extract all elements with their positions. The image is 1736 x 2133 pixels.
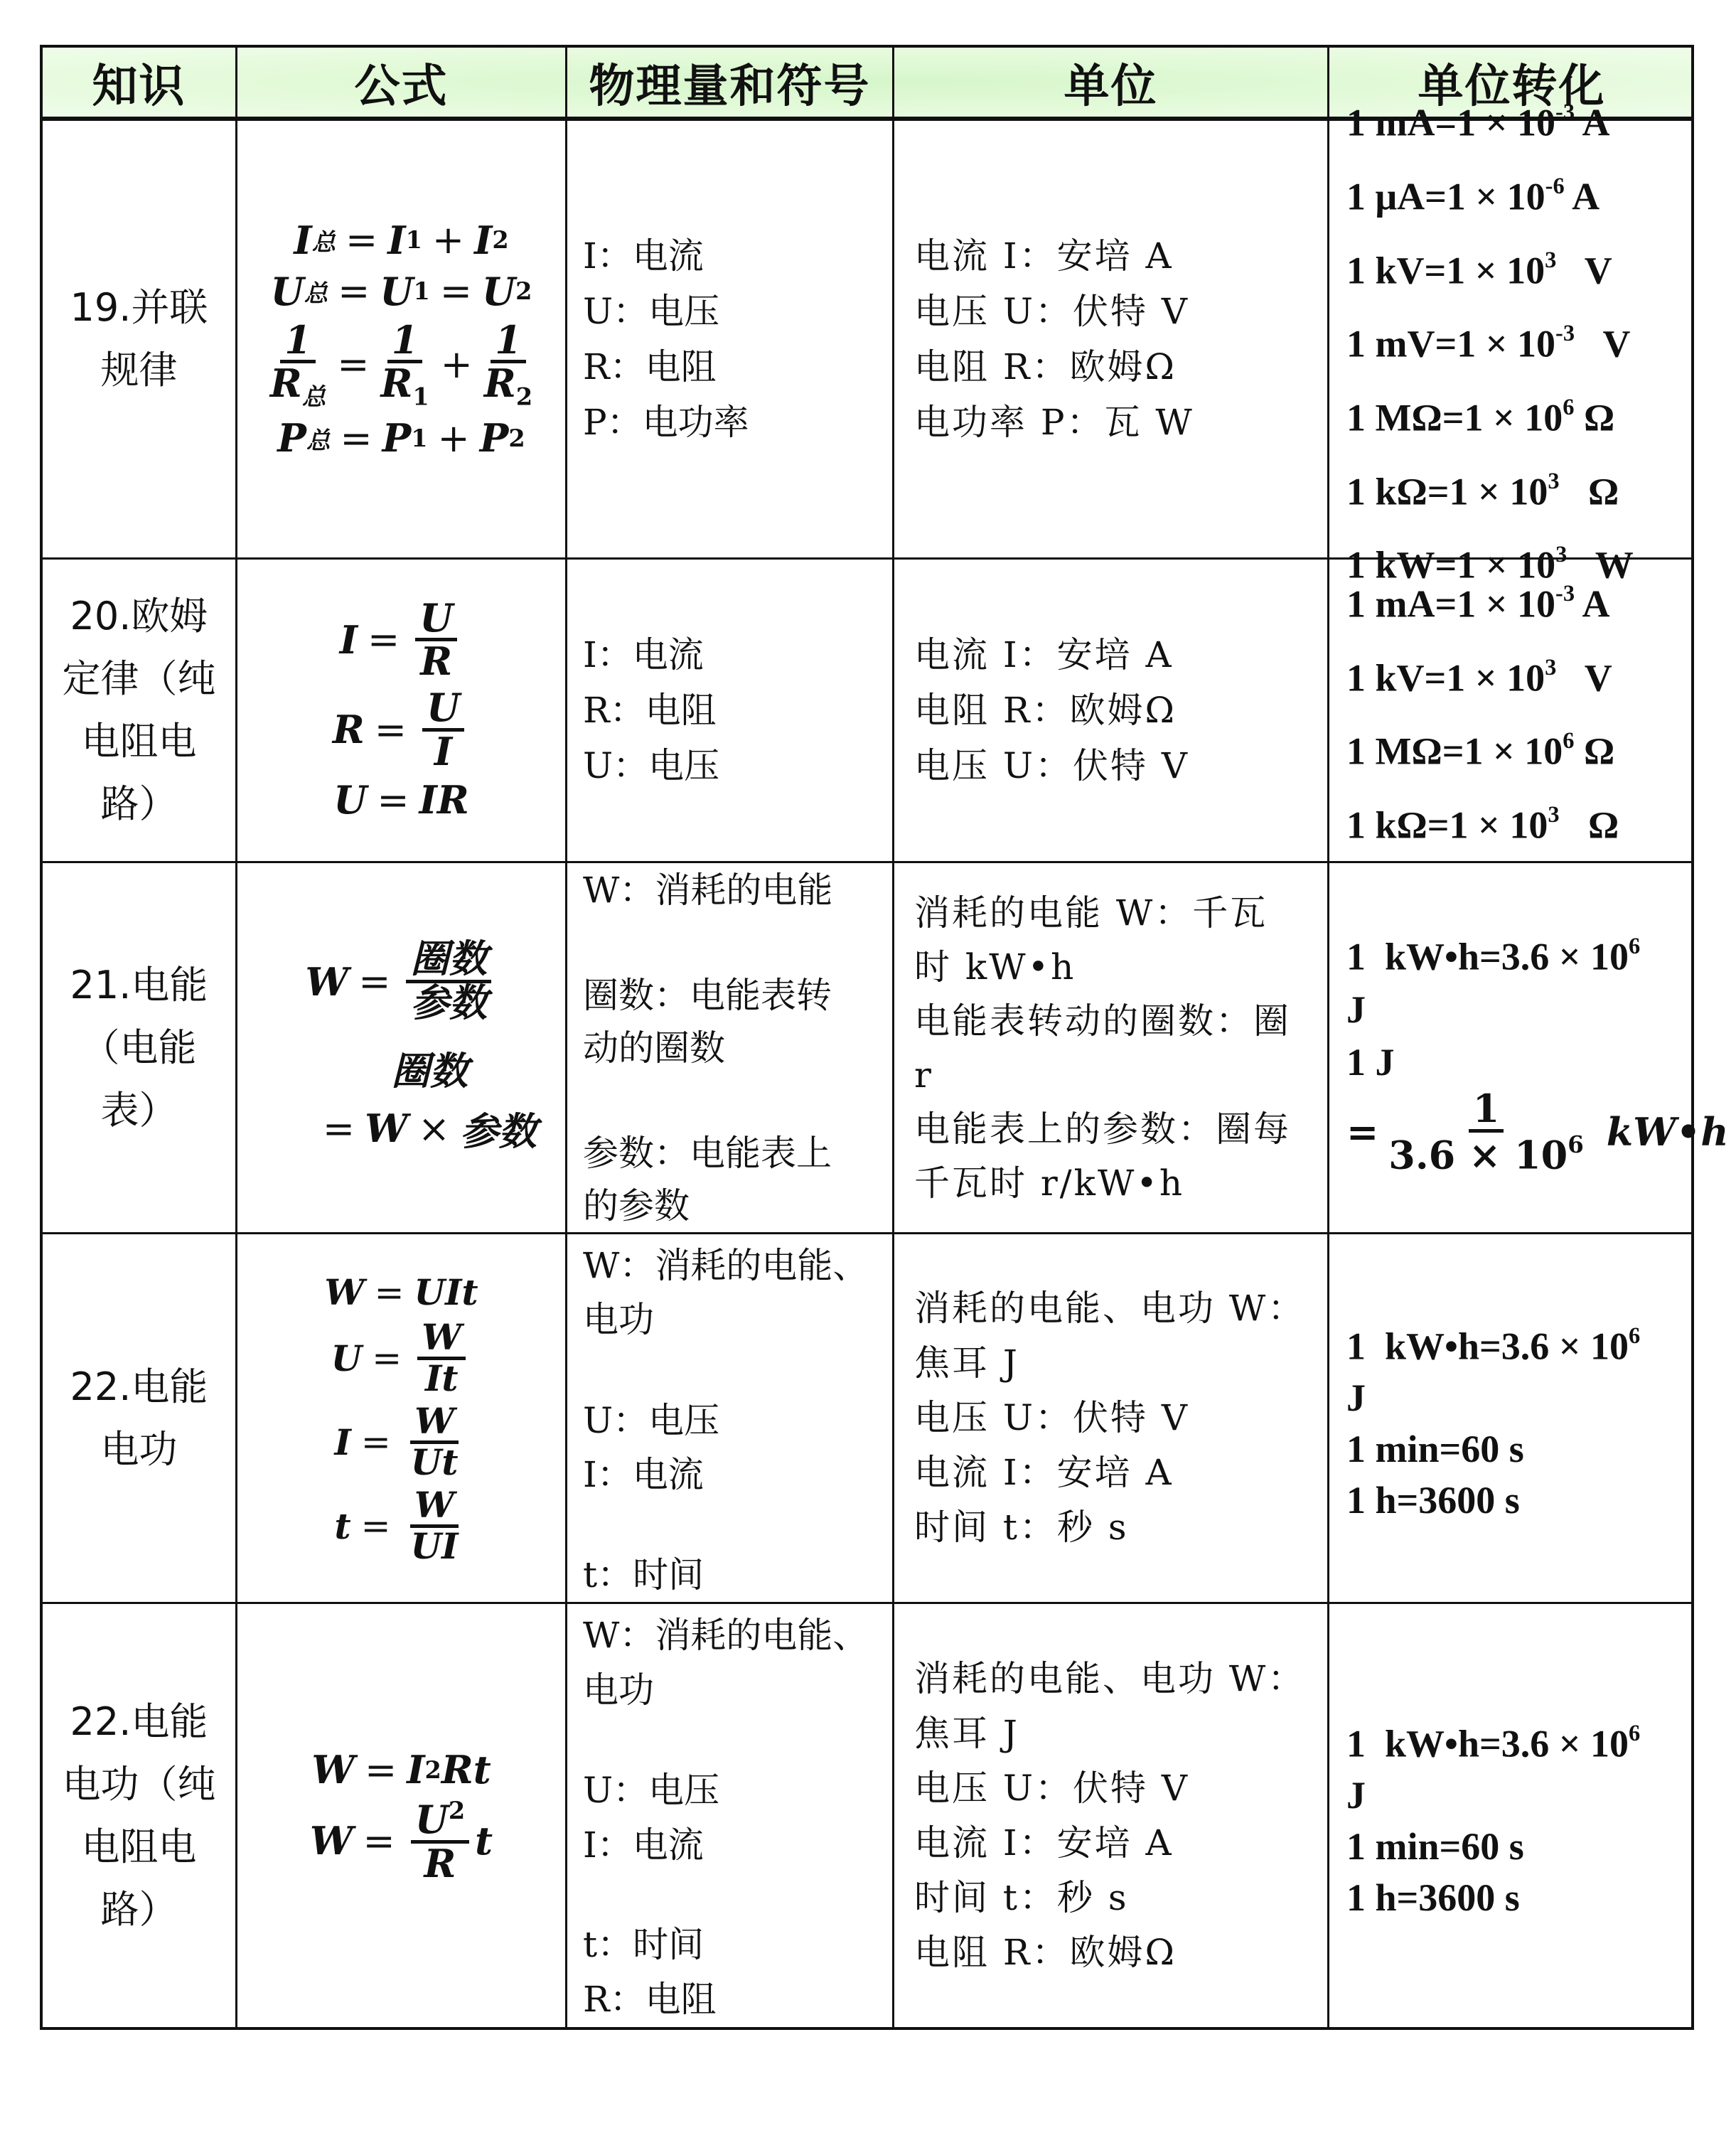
unit-cell: 电流 I：安培 A 电压 U：伏特 V 电阻 R：欧姆Ω 电功率 P：瓦 W (894, 121, 1329, 557)
quantity-line: P：电功率 (583, 395, 892, 450)
fraction: 1 R总 (266, 320, 330, 410)
conversion-line: 1 kW•h=3.6 × 106 (1346, 1310, 1694, 1372)
header-knowledge: 知识 (43, 48, 237, 117)
table-row: 22.电能 电功 W=UIt U= WIt I= WUt t= WUI W：消耗… (43, 1234, 1691, 1604)
unit-line: 电流 I：安培 A (914, 1816, 1320, 1871)
unit-cell: 消耗的电能 W：千瓦 时 kW•h 电能表转动的圈数：圈 r 电能表上的参数：圈… (894, 863, 1329, 1232)
formula-cell: W= 圈数参数 圈数 =W×参数 (237, 863, 567, 1232)
quantity-cell: I：电流 U：电压 R：电阻 P：电功率 (567, 121, 894, 557)
conversion-line: 1 kW•h=3.6 × 106 (1346, 920, 1694, 983)
conversion-line: 1 J (1346, 1036, 1694, 1089)
conversion-line: 1 kV=1 × 103 V (1346, 636, 1694, 710)
conversion-line: 1 h=3600 s (1346, 1872, 1694, 1923)
conversion-line: 1 mA=1 × 10-3 A (1346, 81, 1694, 155)
topic-cell: 21.电能 （电能 表） (43, 863, 237, 1232)
topic-cell: 20.欧姆 定律（纯 电阻电 路） (43, 560, 237, 861)
unit-line: 电压 U：伏特 V (914, 1391, 1320, 1445)
topic-line: 19.并联 (70, 277, 208, 339)
unit-line: 电阻 R：欧姆Ω (914, 339, 1320, 395)
unit-line: 时 kW•h (914, 940, 1320, 994)
unit-line: 电压 U：伏特 V (914, 284, 1320, 339)
quantity-cell: W：消耗的电能 圈数：电能表转 动的圈数 参数：电能表上 的参数 (567, 863, 894, 1232)
topic-line: 定律（纯 (63, 648, 216, 710)
unit-line: 消耗的电能、电功 W： (914, 1281, 1320, 1336)
quantity-line: 的参数 (583, 1180, 892, 1232)
topic-line: 路） (101, 1878, 178, 1941)
fraction: 1 R1 (376, 320, 433, 410)
topic-line: 20.欧姆 (70, 585, 208, 648)
unit-line: 电阻 R：欧姆Ω (914, 1925, 1320, 1980)
unit-line: r (914, 1048, 1320, 1102)
conversion-line: 1 MΩ=1 × 106 Ω (1346, 710, 1694, 784)
conversion-line: 1 kΩ=1 × 103 Ω (1346, 450, 1694, 524)
table-row: 20.欧姆 定律（纯 电阻电 路） I= UR R= UI U=IR I：电流 … (43, 560, 1691, 863)
formula-line: W= 圈数参数 (306, 939, 498, 1023)
quantity-line: W：消耗的电能 (583, 864, 892, 916)
formula-line: 圈数 (335, 1041, 468, 1096)
unit-line: 时间 t：秒 s (914, 1871, 1320, 1925)
unit-line: 千瓦时 r/kW•h (914, 1156, 1320, 1210)
unit-line: 电流 I：安培 A (914, 627, 1320, 683)
table-row: 22.电能 电功（纯 电阻电 路） W=I2Rt W= U2R t W：消耗的电… (43, 1604, 1691, 2027)
conversion-line: 1 h=3600 s (1346, 1475, 1694, 1526)
unit-line: 电能表转动的圈数：圈 (914, 994, 1320, 1048)
header-formula: 公式 (237, 48, 567, 117)
formula-line: U=IR (333, 777, 468, 823)
conversion-cell: 1 mA=1 × 10-3 A 1 μA=1 × 10-6 A 1 kV=1 ×… (1329, 121, 1694, 557)
quantity-cell: W：消耗的电能、 电功 U：电压 I：电流 t：时间 R：电阻 (567, 1604, 894, 2027)
conversion-line: 1 min=60 s (1346, 1821, 1694, 1872)
quantity-line: W：消耗的电能、 (583, 1239, 892, 1293)
topic-line: 规律 (101, 339, 178, 402)
topic-line: 22.电能 (70, 1356, 208, 1418)
unit-cell: 消耗的电能、电功 W： 焦耳 J 电压 U：伏特 V 电流 I：安培 A 时间 … (894, 1234, 1329, 1602)
formula-cell: I= UR R= UI U=IR (237, 560, 567, 861)
formula-cell: I总 = I1 + I2 U总 = U1 = U2 1 R总 = 1 (237, 121, 567, 557)
quantity-line: I：电流 (583, 1818, 892, 1873)
formula-line: W= U2R t (310, 1798, 493, 1883)
conversion-line: 1 MΩ=1 × 106 Ω (1346, 376, 1694, 450)
formula-line: P总 = P1 + P2 (277, 415, 525, 461)
topic-cell: 19.并联 规律 (43, 121, 237, 557)
quantity-line: W：消耗的电能、 (583, 1608, 892, 1663)
unit-line: 焦耳 J (914, 1706, 1320, 1761)
unit-line: 电压 U：伏特 V (914, 738, 1320, 793)
quantity-line: U：电压 (583, 1394, 892, 1448)
topic-line: 电功 (101, 1418, 178, 1481)
conversion-cell: 1 kW•h=3.6 × 106 J 1 min=60 s 1 h=3600 s (1329, 1604, 1694, 2027)
unit-line: 消耗的电能 W：千瓦 (914, 886, 1320, 940)
topic-line: 电阻电 (82, 710, 197, 773)
quantity-line: U：电压 (583, 1763, 892, 1818)
quantity-line: U：电压 (583, 284, 892, 339)
unit-line: 电流 I：安培 A (914, 228, 1320, 284)
quantity-line: R：电阻 (583, 339, 892, 395)
formula-line: I= WUt (335, 1403, 468, 1481)
topic-line: 电阻电 (82, 1816, 197, 1878)
conversion-line: 1 μA=1 × 10-6 A (1346, 155, 1694, 229)
formula-line: U= WIt (331, 1319, 472, 1397)
conversion-line: 1 min=60 s (1346, 1423, 1694, 1475)
formula-line: I总 = I1 + I2 (294, 218, 508, 263)
header-quantity-symbol: 物理量和符号 (567, 48, 894, 117)
quantity-line: t：时间 (583, 1548, 892, 1602)
topic-cell: 22.电能 电功 (43, 1234, 237, 1602)
conversion-line: 1 mA=1 × 10-3 A (1346, 562, 1694, 636)
unit-line: 电流 I：安培 A (914, 1445, 1320, 1500)
conversion-line: J (1346, 983, 1694, 1036)
unit-line: 焦耳 J (914, 1336, 1320, 1391)
topic-line: 电功（纯 (63, 1753, 216, 1816)
conversion-line: J (1346, 1770, 1694, 1821)
quantity-line: R：电阻 (583, 683, 892, 738)
quantity-line: 参数：电能表上 (583, 1127, 892, 1180)
topic-cell: 22.电能 电功（纯 电阻电 路） (43, 1604, 237, 2027)
quantity-line: I：电流 (583, 228, 892, 284)
formula-line: R= UI (333, 688, 470, 771)
formula-line: 1 R总 = 1 R1 + 1 R2 (260, 320, 542, 410)
topic-line: 路） (101, 773, 178, 835)
quantity-cell: W：消耗的电能、 电功 U：电压 I：电流 t：时间 (567, 1234, 894, 1602)
conversion-cell: 1 mA=1 × 10-3 A 1 kV=1 × 103 V 1 MΩ=1 × … (1329, 560, 1694, 861)
quantity-line: 动的圈数 (583, 1022, 892, 1074)
unit-line: 电能表上的参数：圈每 (914, 1102, 1320, 1156)
quantity-line: t：时间 (583, 1918, 892, 1972)
topic-line: （电能 (82, 1017, 197, 1079)
conversion-line: 1 kV=1 × 103 V (1346, 229, 1694, 303)
fraction: 1 R2 (480, 320, 537, 410)
conversion-line: 1 kΩ=1 × 103 Ω (1346, 784, 1694, 857)
conversion-cell: 1 kW•h=3.6 × 106 J 1 J = 13.6 × 106 kW•h (1329, 863, 1694, 1232)
quantity-line: 电功 (583, 1663, 892, 1718)
formula-line: U总 = U1 = U2 (271, 269, 532, 314)
unit-line: 电阻 R：欧姆Ω (914, 683, 1320, 738)
formula-cell: W=I2Rt W= U2R t (237, 1604, 567, 2027)
quantity-line: 圈数：电能表转 (583, 969, 892, 1022)
formula-cell: W=UIt U= WIt I= WUt t= WUI (237, 1234, 567, 1602)
unit-line: 电功率 P：瓦 W (914, 395, 1320, 450)
table-row: 19.并联 规律 I总 = I1 + I2 U总 = U1 = U2 1 R总 (43, 121, 1691, 560)
formula-line: W=UIt (324, 1271, 478, 1313)
quantity-line: U：电压 (583, 738, 892, 793)
quantity-line: I：电流 (583, 1448, 892, 1502)
topic-line: 表） (101, 1079, 178, 1142)
formula-line: W=I2Rt (311, 1747, 491, 1792)
formula-line: =W×参数 (266, 1101, 537, 1156)
unit-cell: 消耗的电能、电功 W： 焦耳 J 电压 U：伏特 V 电流 I：安培 A 时间 … (894, 1604, 1329, 2027)
quantity-line: 电功 (583, 1293, 892, 1347)
conversion-fraction: = 13.6 × 106 kW•h (1346, 1089, 1694, 1175)
conversion-line: 1 kW•h=3.6 × 106 (1346, 1708, 1694, 1770)
unit-line: 时间 t：秒 s (914, 1500, 1320, 1555)
formula-line: t= WUI (334, 1487, 468, 1565)
quantity-line: I：电流 (583, 627, 892, 683)
physics-formula-table: 知识 公式 物理量和符号 单位 单位转化 19.并联 规律 I总 = I1 + … (40, 45, 1694, 2030)
conversion-line: J (1346, 1372, 1694, 1423)
conversion-line: 1 mV=1 × 10-3 V (1346, 302, 1694, 376)
table-row: 21.电能 （电能 表） W= 圈数参数 圈数 =W×参数 W：消耗的电能 圈数… (43, 863, 1691, 1234)
unit-line: 电压 U：伏特 V (914, 1761, 1320, 1816)
conversion-cell: 1 kW•h=3.6 × 106 J 1 min=60 s 1 h=3600 s (1329, 1234, 1694, 1602)
quantity-cell: I：电流 R：电阻 U：电压 (567, 560, 894, 861)
unit-line: 消耗的电能、电功 W： (914, 1652, 1320, 1706)
formula-line: I= UR (340, 598, 464, 682)
topic-line: 21.电能 (70, 954, 208, 1017)
topic-line: 22.电能 (70, 1691, 208, 1753)
header-unit: 单位 (894, 48, 1329, 117)
quantity-line: R：电阻 (583, 1972, 892, 2027)
unit-cell: 电流 I：安培 A 电阻 R：欧姆Ω 电压 U：伏特 V (894, 560, 1329, 861)
